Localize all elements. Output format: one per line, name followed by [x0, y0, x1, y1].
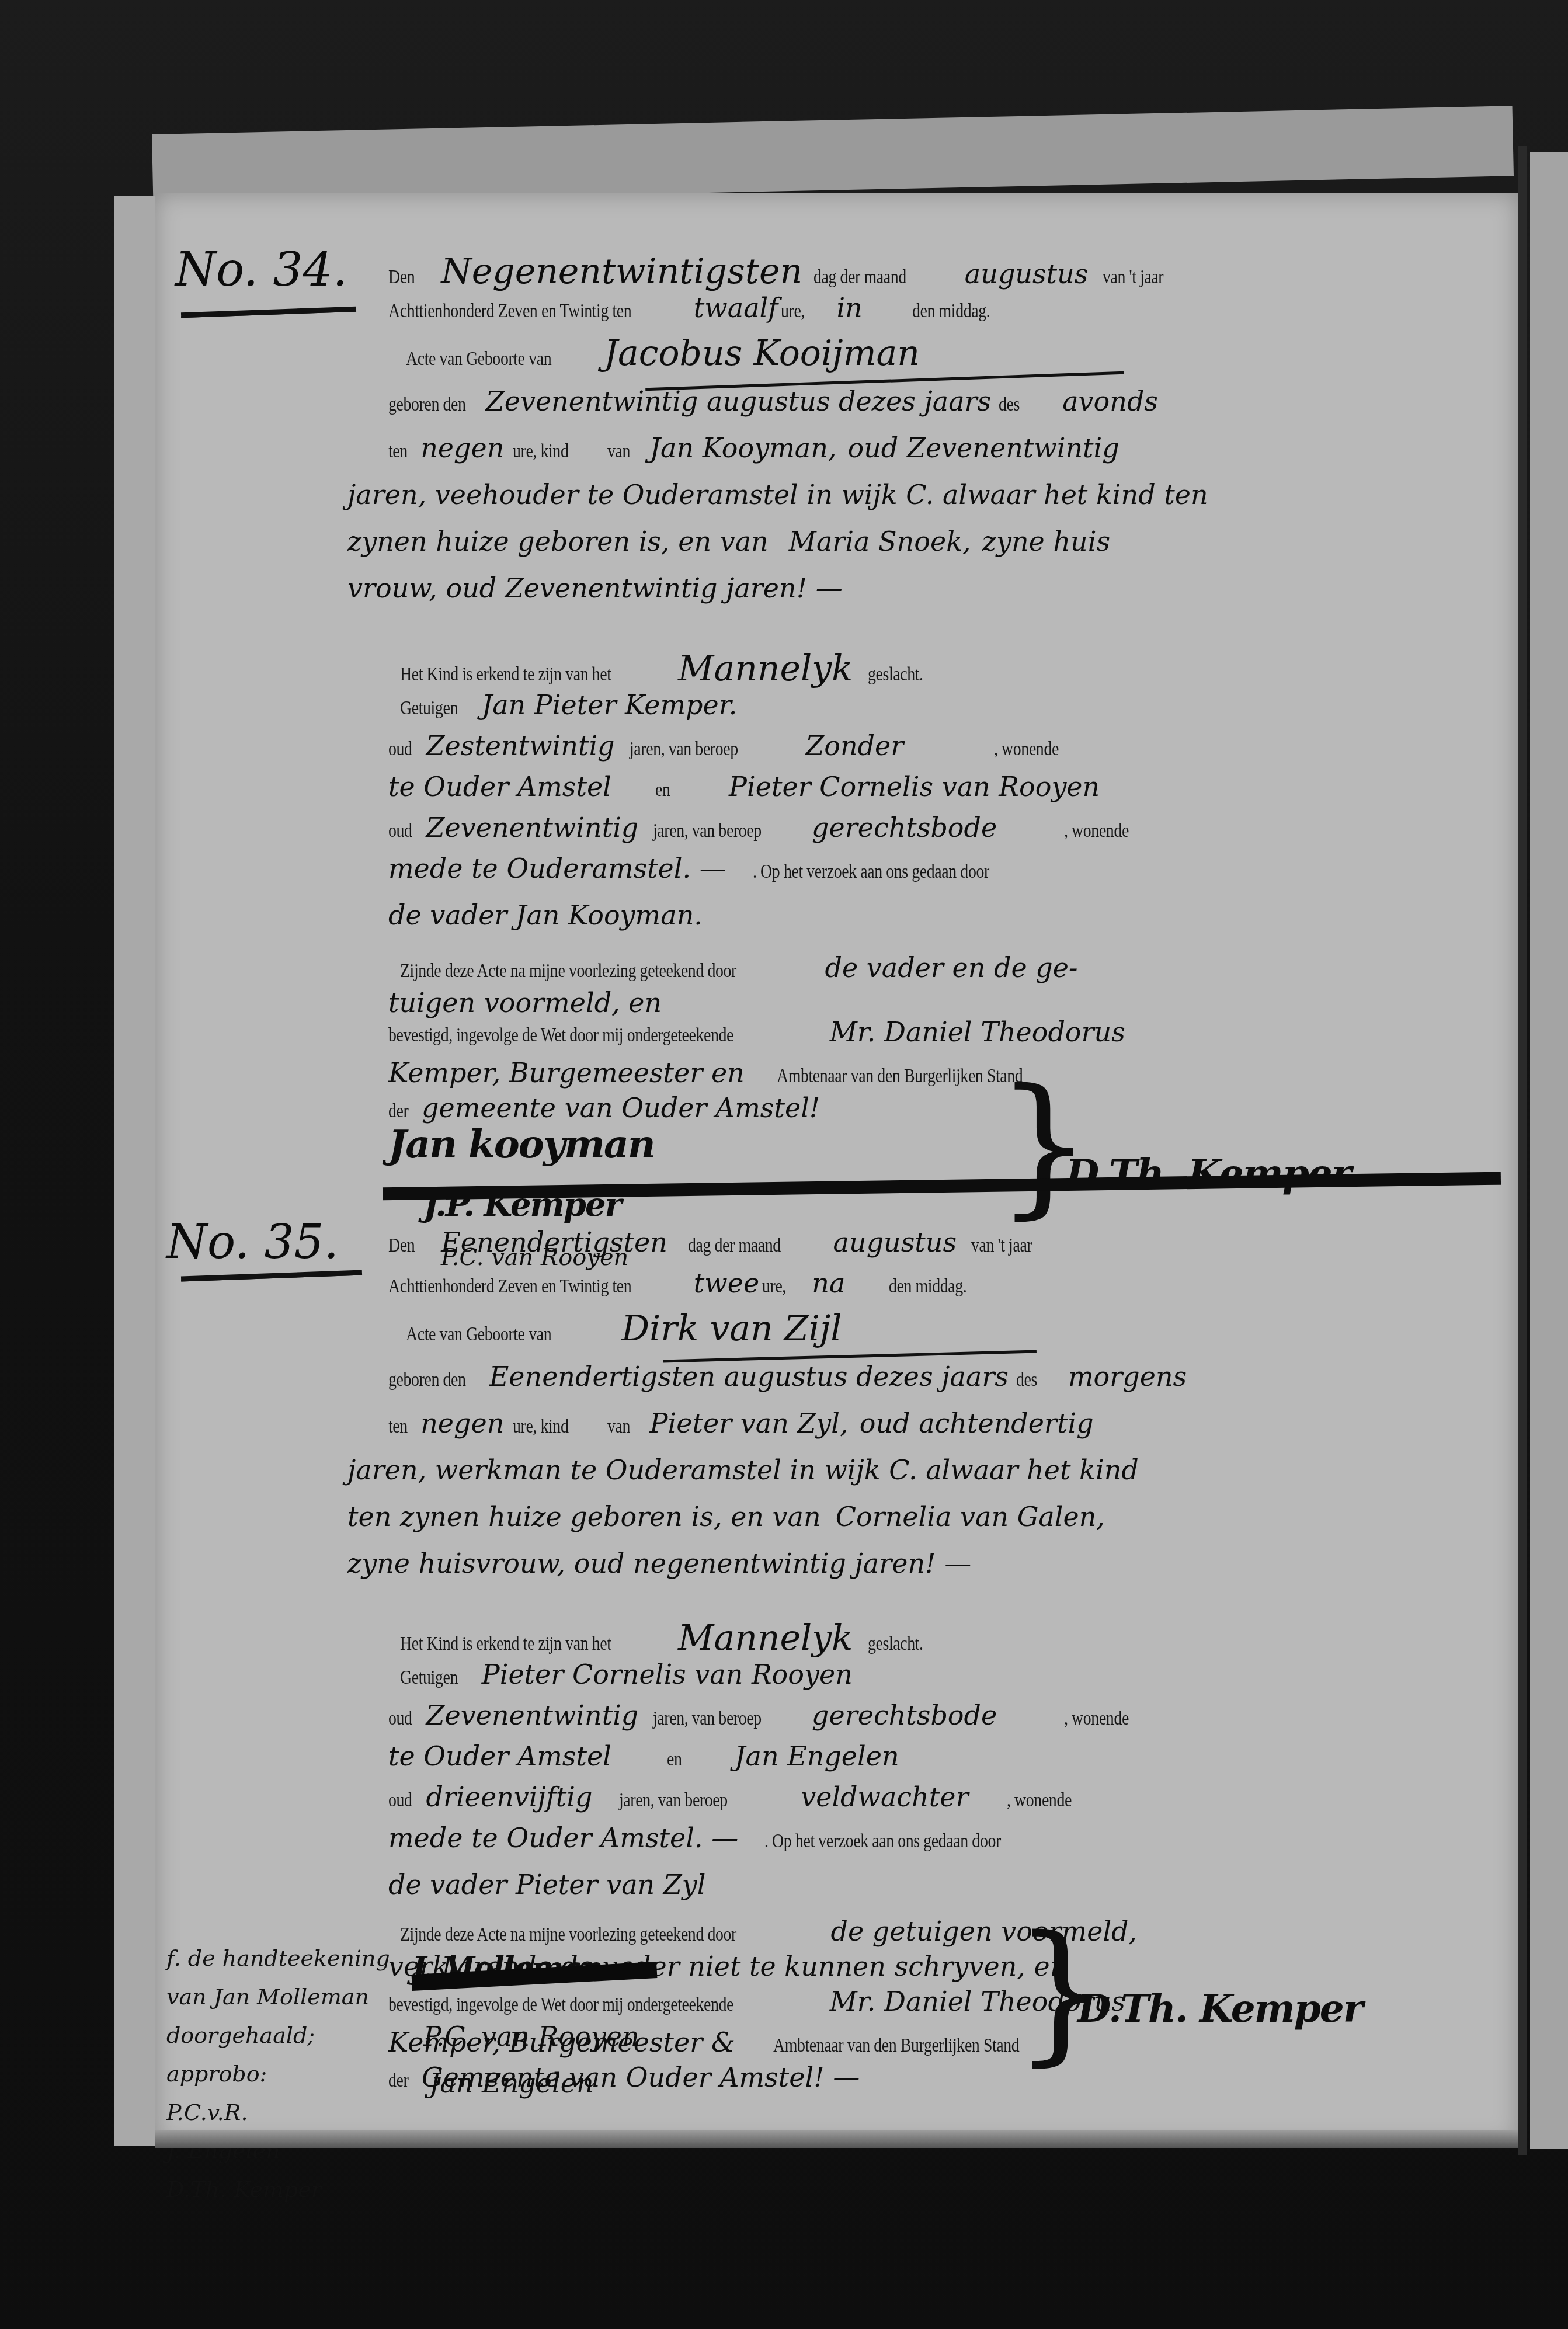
label-getuigen: Getuigen: [400, 1667, 458, 1689]
label-der: der: [388, 1100, 408, 1122]
label-jaren-van-beroep: jaren, van beroep: [653, 1708, 762, 1730]
label-jaren-van-beroep: jaren, van beroep: [619, 1789, 728, 1812]
register-page: No. 34. Den Negenentwintigsten dag der m…: [155, 193, 1518, 2143]
label-het-kind: Het Kind is erkend te zijn van het: [400, 663, 611, 686]
label-year: Achttienhonderd Zeven en Twintig ten: [388, 1275, 631, 1298]
entry-number: No. 35.: [166, 1215, 339, 1269]
label-getuigen: Getuigen: [400, 697, 458, 719]
label-oud: oud: [388, 1708, 412, 1730]
label-wonende: , wonende: [994, 738, 1059, 760]
label-geboren-den: geboren den: [388, 394, 466, 416]
label-des: des: [999, 394, 1020, 416]
signature-witness-1-entry-35: P.C. van Rooyen: [423, 2021, 639, 2052]
label-ure-kind: ure, kind: [513, 1416, 568, 1438]
mother-relation: zyne huis: [982, 526, 1110, 557]
label-oud: oud: [388, 820, 412, 842]
label-op-het-verzoek: . Op het verzoek aan ons gedaan door: [753, 861, 989, 883]
label-ambtenaar: Ambtenaar van den Burgerlijken Stand: [773, 2035, 1019, 2057]
label-en: en: [667, 1749, 682, 1771]
label-wonende: , wonende: [1064, 820, 1129, 842]
witness-2-profession: gerechtsbode: [812, 812, 997, 843]
label-ambtenaar: Ambtenaar van den Burgerlijken Stand: [777, 1065, 1023, 1087]
label-van-t-jaar: van 't jaar: [971, 1235, 1032, 1257]
label-wonende: , wonende: [1064, 1708, 1129, 1730]
label-het-kind: Het Kind is erkend te zijn van het: [400, 1633, 611, 1655]
father-age: oud Zevenentwintig: [848, 432, 1119, 464]
entry-text-line-5: vrouw, oud Zevenentwintig jaren! —: [347, 572, 843, 604]
label-van: van: [607, 1416, 630, 1438]
birth-hour-handwritten: negen: [420, 1407, 504, 1439]
label-bevestigd: bevestigd, ingevolge de Wet door mij ond…: [388, 1024, 733, 1047]
label-oud: oud: [388, 1789, 412, 1812]
witness-2-name: Jan Engelen: [735, 1740, 899, 1772]
label-wonende: , wonende: [1007, 1789, 1072, 1812]
requested-by: de vader Pieter van Zyl: [388, 1869, 706, 1900]
label-jaren-van-beroep: jaren, van beroep: [653, 820, 762, 842]
label-geslacht: geslacht.: [868, 663, 923, 686]
margin-annotation: f. de handteekening van Jan Molleman doo…: [166, 1939, 390, 2209]
birth-hour-handwritten: negen: [420, 432, 504, 464]
official-name: Mr. Daniel Theodorus: [830, 1016, 1125, 1048]
month-handwritten: augustus: [965, 258, 1088, 290]
label-zijnde: Zijnde deze Acte na mijne voorlezing get…: [400, 1924, 736, 1946]
label-ure: ure,: [762, 1275, 786, 1298]
label-den-middag: den middag.: [912, 300, 990, 322]
child-name: Jacobus Kooijman: [604, 333, 920, 374]
label-van: van: [607, 440, 630, 463]
part-of-day-handwritten: morgens: [1068, 1361, 1187, 1392]
label-acte-van-geboorte: Acte van Geboorte van: [406, 348, 551, 370]
label-op-het-verzoek: . Op het verzoek aan ons gedaan door: [764, 1830, 1001, 1852]
label-der: der: [388, 2070, 408, 2092]
label-geboren-den: geboren den: [388, 1369, 466, 1391]
entry-number-underline: [181, 307, 356, 318]
entry-34: No. 34. Den Negenentwintigsten dag der m…: [155, 193, 1518, 1186]
sex-handwritten: Mannelyk: [678, 648, 853, 689]
time-of-day-handwritten: in: [836, 292, 862, 324]
entry-text-line-5: zyne huisvrouw, oud negenentwintig jaren…: [347, 1548, 971, 1579]
father-age: oud achtendertig: [860, 1407, 1094, 1439]
label-ten: ten: [388, 440, 408, 463]
label-oud: oud: [388, 738, 412, 760]
label-ten: ten: [388, 1416, 408, 1438]
signature-witness-2-entry-35: Jan Engelen: [429, 2067, 594, 2099]
mother-name: Cornelia van Galen,: [836, 1501, 1105, 1532]
witness-1-profession: Zonder: [805, 730, 903, 762]
binding-gutter: [1518, 146, 1527, 2155]
entry-text-line-3: jaren, veehouder te Ouderamstel in wijk …: [347, 479, 1208, 510]
label-van-t-jaar: van 't jaar: [1103, 266, 1163, 288]
entry-number-underline: [181, 1270, 362, 1282]
signed-by-line-2: tuigen voormeld, en: [388, 987, 662, 1018]
label-dag-der-maand: dag der maand: [813, 266, 906, 288]
label-en: en: [655, 779, 670, 801]
part-of-day-handwritten: avonds: [1062, 385, 1158, 417]
signed-by-line-1: de vader en de ge-: [825, 952, 1077, 983]
witness-2-residence: mede te Ouder Amstel. —: [388, 1822, 738, 1854]
facing-page-edge: [1530, 152, 1568, 2149]
label-acte-van-geboorte: Acte van Geboorte van: [406, 1323, 551, 1346]
signature-official-entry-35: D.Th. Kemper: [1077, 1986, 1362, 2031]
witness-2-age: drieenvijftig: [426, 1781, 593, 1813]
label-geslacht: geslacht.: [868, 1633, 923, 1655]
father-name: Jan Kooyman,: [650, 432, 837, 464]
witness-1-profession: gerechtsbode: [812, 1699, 997, 1731]
born-on-handwritten: Eenendertigsten augustus dezes jaars: [489, 1361, 1009, 1392]
child-name: Dirk van Zijl: [621, 1308, 842, 1349]
time-of-day-handwritten: na: [812, 1267, 845, 1299]
witness-2-profession: veldwachter: [801, 1781, 968, 1813]
label-des: des: [1016, 1369, 1037, 1391]
entry-text-line-4: zynen huize geboren is, en van: [347, 526, 769, 557]
witness-1-residence: te Ouder Amstel: [388, 1740, 611, 1772]
hour-handwritten: twee: [694, 1267, 759, 1299]
witness-2-residence: mede te Ouderamstel. —: [388, 853, 726, 884]
sex-handwritten: Mannelyk: [678, 1618, 853, 1659]
witness-2-name: Pieter Cornelis van Rooyen: [729, 771, 1100, 802]
entry-text-line-4: ten zynen huize geboren is, en van: [347, 1501, 821, 1532]
label-zijnde: Zijnde deze Acte na mijne voorlezing get…: [400, 960, 736, 982]
requested-by: de vader Jan Kooyman.: [388, 899, 703, 931]
month-handwritten: augustus: [833, 1226, 957, 1258]
signature-father: Jan kooyman: [388, 1121, 655, 1167]
label-den: Den: [388, 266, 415, 288]
official-line: Kemper, Burgemeester en: [388, 1057, 745, 1089]
label-jaren-van-beroep: jaren, van beroep: [630, 738, 738, 760]
witness-1-name: Jan Pieter Kemper.: [482, 689, 738, 721]
witness-1-residence: te Ouder Amstel: [388, 771, 611, 802]
born-on-handwritten: Zevenentwintig augustus dezes jaars: [486, 385, 991, 417]
label-den-middag: den middag.: [889, 1275, 966, 1298]
father-name: Pieter van Zyl,: [650, 1407, 849, 1439]
entry-number: No. 34.: [175, 242, 347, 297]
witness-1-age: Zevenentwintig: [426, 1699, 639, 1731]
day-handwritten: Eenendertigsten: [441, 1226, 667, 1258]
witness-2-age: Zevenentwintig: [426, 812, 639, 843]
hour-handwritten: twaalf: [694, 292, 778, 324]
mother-name: Maria Snoek,: [789, 526, 971, 557]
witness-1-age: Zestentwintig: [426, 730, 615, 762]
label-year: Achttienhonderd Zeven en Twintig ten: [388, 300, 631, 322]
label-ure: ure,: [781, 300, 805, 322]
label-dag-der-maand: dag der maand: [688, 1235, 781, 1257]
day-handwritten: Negenentwintigsten: [441, 251, 802, 292]
witness-1-name: Pieter Cornelis van Rooyen: [482, 1659, 853, 1690]
label-bevestigd: bevestigd, ingevolge de Wet door mij ond…: [388, 1994, 733, 2016]
entry-text-line-3: jaren, werkman te Ouderamstel in wijk C.…: [347, 1454, 1139, 1486]
label-ure-kind: ure, kind: [513, 440, 568, 463]
municipality-line: gemeente van Ouder Amstel!: [422, 1092, 820, 1124]
label-den: Den: [388, 1235, 415, 1257]
